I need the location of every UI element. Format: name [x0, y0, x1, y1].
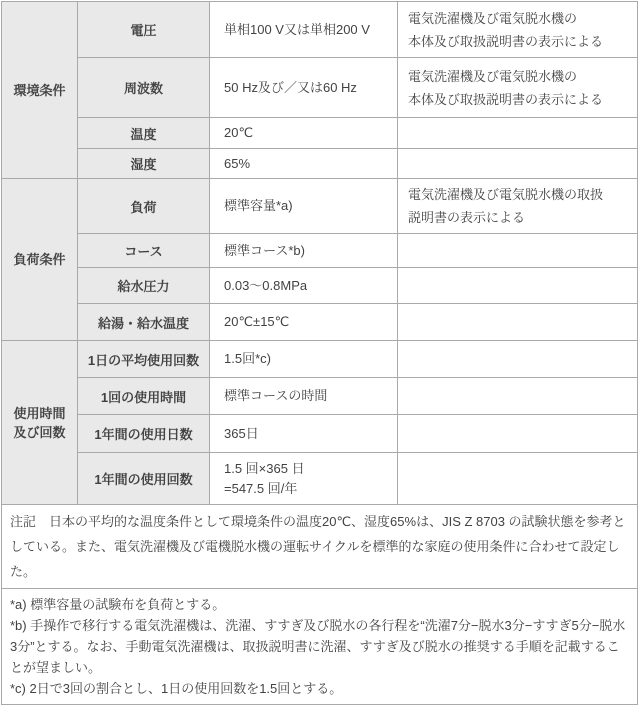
item-cell-uses-per-day: 1日の平均使用回数	[78, 341, 210, 378]
group-cell-load: 負荷条件	[2, 179, 78, 341]
footnotes-block: *a) 標準容量の試験布を負荷とする。 *b) 手操作で移行する電気洗濯機は、洗…	[2, 589, 638, 705]
table-row: 給水圧力 0.03〜0.8MPa	[2, 268, 638, 304]
value-cell-load: 標準容量*a)	[210, 179, 398, 234]
table-row: 温度 20℃	[2, 118, 638, 149]
footnote-c: *c) 2日で3回の割合とし、1日の使用回数を1.5回とする。	[10, 678, 629, 699]
item-cell-voltage: 電圧	[78, 2, 210, 58]
footnote-a: *a) 標準容量の試験布を負荷とする。	[10, 594, 629, 615]
table-row: 周波数 50 Hz及び／又は60 Hz 電気洗濯機及び電気脱水機の 本体及び取扱…	[2, 58, 638, 118]
table-row: 1年間の使用回数 1.5 回×365 日 =547.5 回/年	[2, 453, 638, 505]
footnotes-row: *a) 標準容量の試験布を負荷とする。 *b) 手操作で移行する電気洗濯機は、洗…	[2, 589, 638, 705]
value-cell-uses-per-year: 1.5 回×365 日 =547.5 回/年	[210, 453, 398, 505]
note-cell-temperature	[398, 118, 638, 149]
note-cell-frequency: 電気洗濯機及び電気脱水機の 本体及び取扱説明書の表示による	[398, 58, 638, 118]
value-cell-days-per-year: 365日	[210, 415, 398, 453]
item-cell-uses-per-year: 1年間の使用回数	[78, 453, 210, 505]
table-row: 給湯・給水温度 20℃±15℃	[2, 304, 638, 341]
table-row: 負荷条件 負荷 標準容量*a) 電気洗濯機及び電気脱水機の取扱 説明書の表示によ…	[2, 179, 638, 234]
value-cell-voltage: 単相100 V又は単相200 V	[210, 2, 398, 58]
item-cell-course: コース	[78, 234, 210, 268]
note-cell-water-pressure	[398, 268, 638, 304]
group-cell-environment: 環境条件	[2, 2, 78, 179]
note-cell-water-temperature	[398, 304, 638, 341]
value-cell-course: 標準コース*b)	[210, 234, 398, 268]
remark-text: 注記 日本の平均的な温度条件として環境条件の温度20℃、湿度65%は、JIS Z…	[2, 505, 638, 589]
item-cell-temperature: 温度	[78, 118, 210, 149]
item-cell-days-per-year: 1年間の使用日数	[78, 415, 210, 453]
item-cell-humidity: 湿度	[78, 149, 210, 179]
test-conditions-table: 環境条件 電圧 単相100 V又は単相200 V 電気洗濯機及び電気脱水機の 本…	[1, 1, 638, 705]
item-cell-frequency: 周波数	[78, 58, 210, 118]
note-cell-uses-per-year	[398, 453, 638, 505]
item-cell-load: 負荷	[78, 179, 210, 234]
table-row: 使用時間 及び回数 1日の平均使用回数 1.5回*c)	[2, 341, 638, 378]
note-cell-course	[398, 234, 638, 268]
item-cell-water-pressure: 給水圧力	[78, 268, 210, 304]
value-cell-humidity: 65%	[210, 149, 398, 179]
value-cell-time-per-use: 標準コースの時間	[210, 378, 398, 415]
value-cell-water-temperature: 20℃±15℃	[210, 304, 398, 341]
note-cell-load: 電気洗濯機及び電気脱水機の取扱 説明書の表示による	[398, 179, 638, 234]
value-cell-temperature: 20℃	[210, 118, 398, 149]
note-cell-uses-per-day	[398, 341, 638, 378]
item-cell-time-per-use: 1回の使用時間	[78, 378, 210, 415]
note-cell-voltage: 電気洗濯機及び電気脱水機の 本体及び取扱説明書の表示による	[398, 2, 638, 58]
table-row: コース 標準コース*b)	[2, 234, 638, 268]
table-row: 1年間の使用日数 365日	[2, 415, 638, 453]
value-cell-frequency: 50 Hz及び／又は60 Hz	[210, 58, 398, 118]
table-row: 1回の使用時間 標準コースの時間	[2, 378, 638, 415]
item-cell-water-temperature: 給湯・給水温度	[78, 304, 210, 341]
footnote-b: *b) 手操作で移行する電気洗濯機は、洗濯、すすぎ及び脱水の各行程を“洗濯7分−…	[10, 615, 629, 678]
note-cell-days-per-year	[398, 415, 638, 453]
group-cell-usage: 使用時間 及び回数	[2, 341, 78, 505]
table-row: 環境条件 電圧 単相100 V又は単相200 V 電気洗濯機及び電気脱水機の 本…	[2, 2, 638, 58]
value-cell-water-pressure: 0.03〜0.8MPa	[210, 268, 398, 304]
remark-row: 注記 日本の平均的な温度条件として環境条件の温度20℃、湿度65%は、JIS Z…	[2, 505, 638, 589]
page: 環境条件 電圧 単相100 V又は単相200 V 電気洗濯機及び電気脱水機の 本…	[0, 0, 640, 672]
note-cell-humidity	[398, 149, 638, 179]
value-cell-uses-per-day: 1.5回*c)	[210, 341, 398, 378]
table-row: 湿度 65%	[2, 149, 638, 179]
note-cell-time-per-use	[398, 378, 638, 415]
